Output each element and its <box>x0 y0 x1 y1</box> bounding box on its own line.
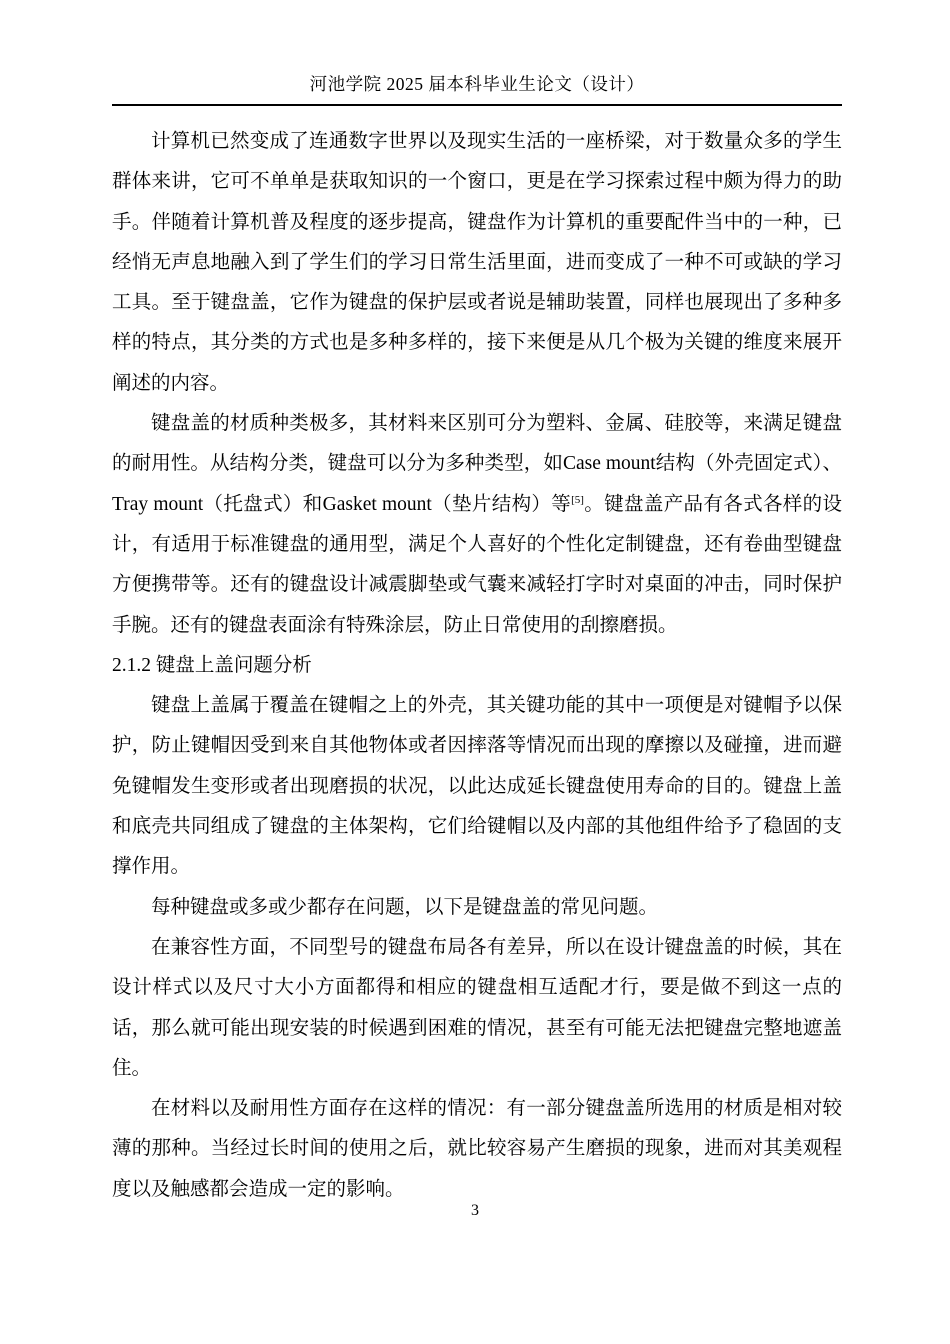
paragraph-materials: 键盘盖的材质种类极多，其材料来区别可分为塑料、金属、硅胶等，来满足键盘的耐用性。… <box>112 404 842 646</box>
section-heading: 2.1.2 键盘上盖问题分析 <box>112 646 842 686</box>
paragraph-compatibility: 在兼容性方面，不同型号的键盘布局各有差异，所以在设计键盘盖的时候，其在设计样式以… <box>112 928 842 1089</box>
citation-marker: [5] <box>571 494 584 506</box>
paragraph-common-problems: 每种键盘或多或少都存在问题，以下是键盘盖的常见问题。 <box>112 888 842 928</box>
page-number: 3 <box>471 1202 479 1219</box>
page-header: 河池学院 2025 届本科毕业生论文（设计） <box>112 0 842 106</box>
header-title: 河池学院 2025 届本科毕业生论文（设计） <box>112 76 842 104</box>
paragraph-durability: 在材料以及耐用性方面存在这样的情况：有一部分键盘盖所选用的材质是相对较薄的那种。… <box>112 1089 842 1210</box>
document-page: 河池学院 2025 届本科毕业生论文（设计） 计算机已然变成了连通数字世界以及现… <box>0 0 950 1344</box>
paragraph-intro: 计算机已然变成了连通数字世界以及现实生活的一座桥梁，对于数量众多的学生群体来讲，… <box>112 122 842 404</box>
paragraph-cover-function: 键盘上盖属于覆盖在键帽之上的外壳，其关键功能的其中一项便是对键帽予以保护，防止键… <box>112 686 842 887</box>
page-footer: 3 <box>0 1202 950 1220</box>
document-body: 计算机已然变成了连通数字世界以及现实生活的一座桥梁，对于数量众多的学生群体来讲，… <box>112 122 842 1210</box>
